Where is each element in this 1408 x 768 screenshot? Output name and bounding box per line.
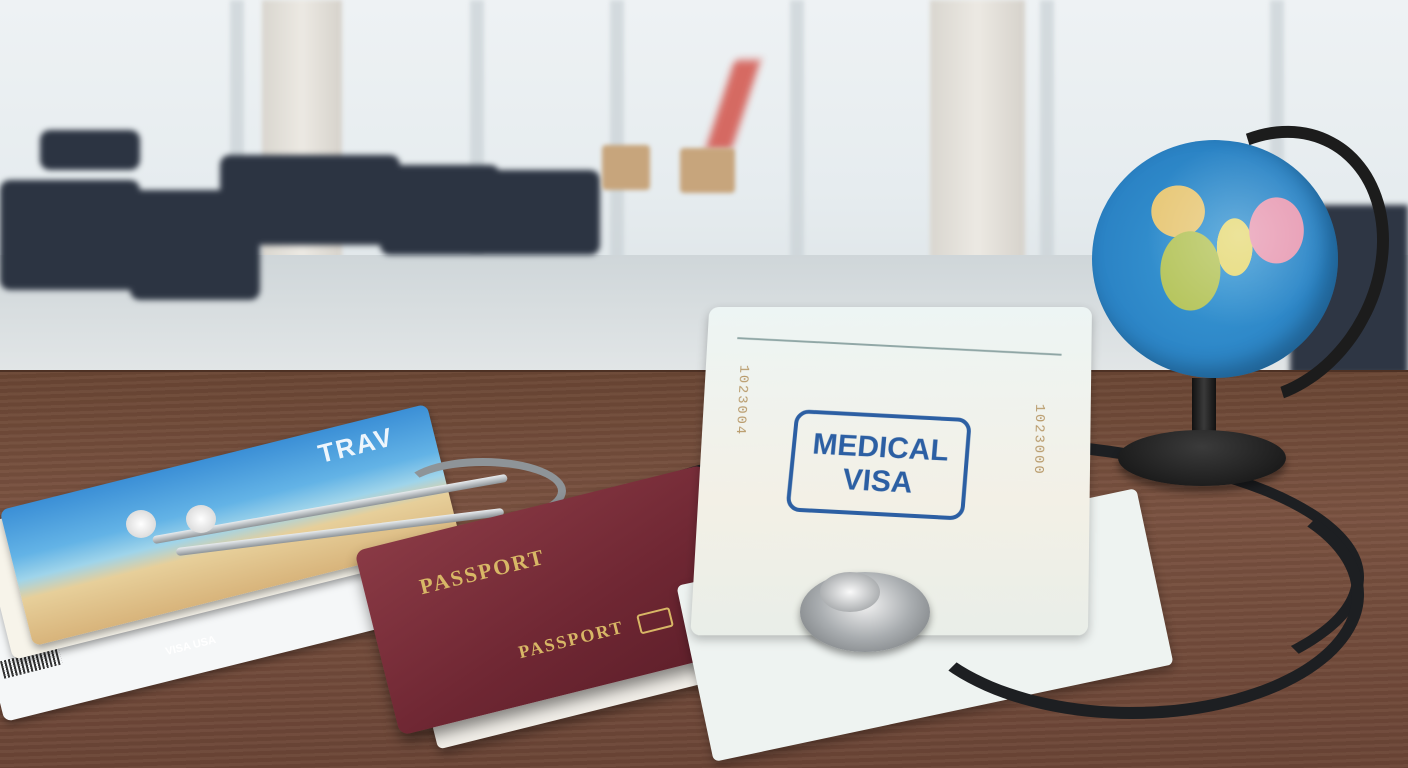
globe-stem [1192, 378, 1216, 438]
passport-subtitle: PASSPORT [516, 617, 626, 664]
waiting-seats [0, 150, 620, 340]
airplane-tail [705, 60, 760, 150]
security-line [737, 337, 1061, 356]
serial-number-right: 1023000 [1030, 404, 1047, 476]
lounge-chair [602, 145, 650, 190]
window-frame [790, 0, 804, 260]
ticket-title: TRAV [315, 421, 397, 470]
passport-title: PASSPORT [417, 544, 548, 600]
window-frame [1040, 0, 1054, 260]
stethoscope-diaphragm [820, 572, 880, 612]
photo-scene: TRAV VISA USA PASSPORT PASSPORT 1023004 … [0, 0, 1408, 768]
stamp-line-2: VISA [841, 463, 914, 501]
medical-visa-stamp: MEDICAL VISA [785, 409, 972, 520]
lounge-chair [680, 148, 735, 193]
stethoscope-tube [900, 470, 1364, 719]
stamp-line-1: MEDICAL [811, 427, 950, 468]
stethoscope-earpiece [186, 505, 216, 533]
biometric-chip-icon [636, 607, 674, 635]
globe-base [1118, 430, 1286, 486]
stethoscope-earpiece [126, 510, 156, 538]
serial-number-left: 1023004 [732, 365, 752, 436]
